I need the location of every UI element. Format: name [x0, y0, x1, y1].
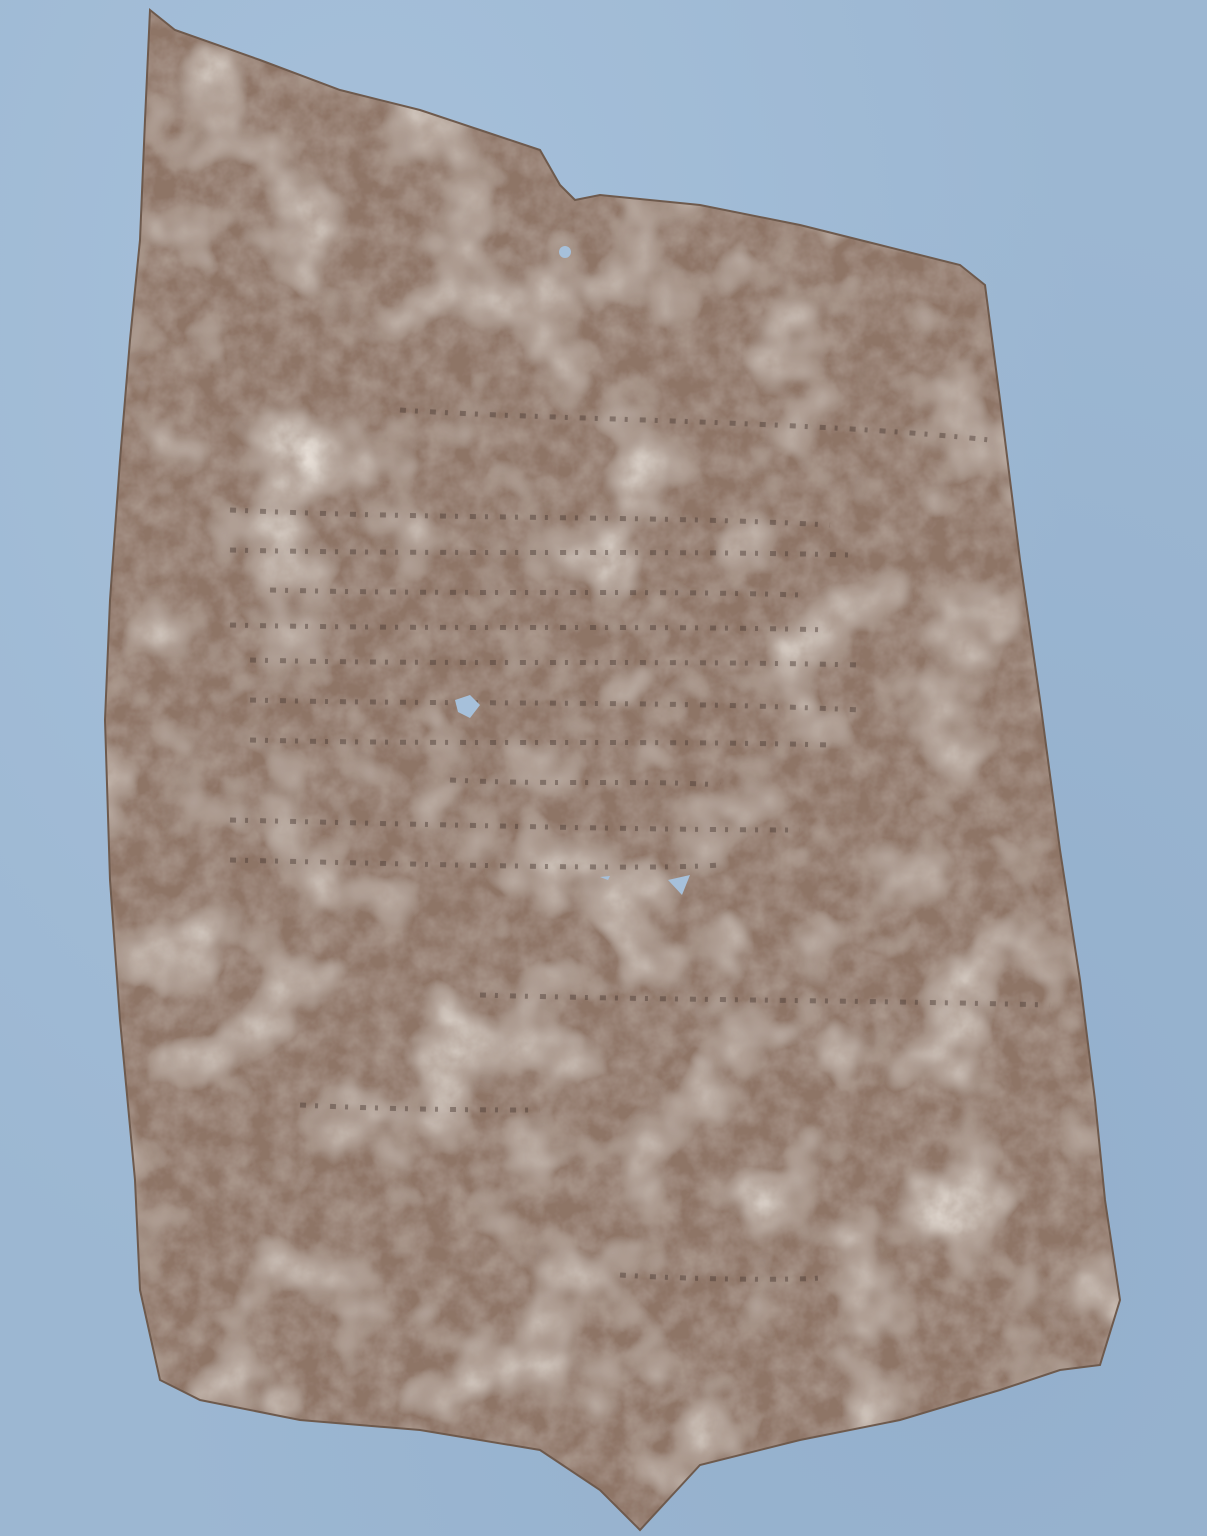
- photo-scene: [0, 0, 1207, 1536]
- manuscript-fragment: [0, 0, 1207, 1536]
